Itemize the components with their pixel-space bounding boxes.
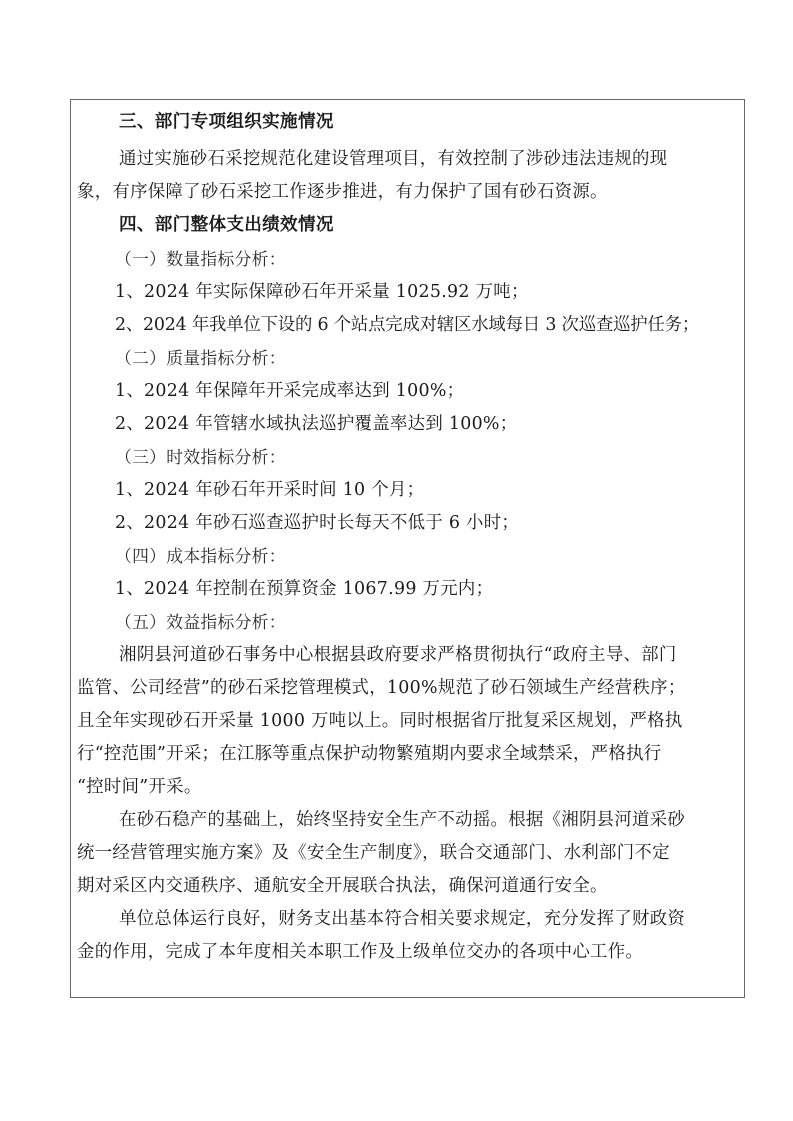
- benefit-para1-line-1: 湘阴县河道砂石事务中心根据县政府要求严格贯彻执行“政府主导、部门: [119, 644, 677, 666]
- benefit-para1-line-2: 监管、公司经营”的砂石采挖管理模式，100%规范了砂石领域生产经营秩序；: [77, 677, 686, 699]
- benefit-para2-line-2: 统一经营管理实施方案》及《安全生产制度》，联合交通部门、水利部门不定: [77, 842, 670, 864]
- quantity-item-1: 1、2024 年实际保障砂石年开采量 1025.92 万吨；: [115, 281, 529, 303]
- benefit-para3-line-1: 单位总体运行良好，财务支出基本符合相关要求规定，充分发挥了财政资: [119, 908, 685, 930]
- benefit-para1-line-5: “控时间”开采。: [77, 776, 202, 798]
- timeliness-item-1: 1、2024 年砂石年开采时间 10 个月；: [115, 479, 424, 501]
- timeliness-item-2: 2、2024 年砂石巡查巡护时长每天不低于 6 小时；: [115, 512, 519, 534]
- quantity-item-2: 2、2024 年我单位下设的 6 个站点完成对辖区水域每日 3 次巡查巡护任务；: [115, 314, 699, 336]
- section3-heading: 三、部门专项组织实施情况: [119, 111, 334, 133]
- section3-para-line-1: 通过实施砂石采挖规范化建设管理项目，有效控制了涉砂违法违规的现: [119, 148, 667, 170]
- benefit-para2-line-3: 期对采区内交通秩序、通航安全开展联合执法，确保河道通行安全。: [77, 875, 608, 897]
- quality-item-2: 2、2024 年管辖水域执法巡护覆盖率达到 100%；: [115, 413, 517, 435]
- benefit-para3-line-2: 金的作用，完成了本年度相关本职工作及上级单位交办的各项中心工作。: [77, 941, 643, 963]
- document-frame: 三、部门专项组织实施情况 通过实施砂石采挖规范化建设管理项目，有效控制了涉砂违法…: [70, 99, 745, 998]
- section4-heading: 四、部门整体支出绩效情况: [119, 214, 334, 236]
- benefit-para2-line-1: 在砂石稳产的基础上，始终坚持安全生产不动摇。根据《湘阴县河道采砂: [119, 809, 685, 831]
- quality-item-1: 1、2024 年保障年开采完成率达到 100%；: [115, 380, 464, 402]
- benefit-para1-line-4: 行“控范围”开采；在江豚等重点保护动物繁殖期内要求全域禁采，严格执行: [77, 743, 661, 765]
- section3-para-line-2: 象，有序保障了砂石采挖工作逐步推进，有力保护了国有砂石资源。: [77, 181, 608, 203]
- cost-item-1: 1、2024 年控制在预算资金 1067.99 万元内；: [115, 578, 493, 600]
- cost-title: （四）成本指标分析：: [115, 545, 286, 567]
- quantity-title: （一）数量指标分析：: [115, 248, 286, 270]
- benefit-title: （五）效益指标分析：: [115, 611, 286, 633]
- quality-title: （二）质量指标分析：: [115, 347, 286, 369]
- benefit-para1-line-3: 且全年实现砂石开采量 1000 万吨以上。同时根据省厅批复采区规划，严格执: [77, 710, 683, 732]
- timeliness-title: （三）时效指标分析：: [115, 446, 286, 468]
